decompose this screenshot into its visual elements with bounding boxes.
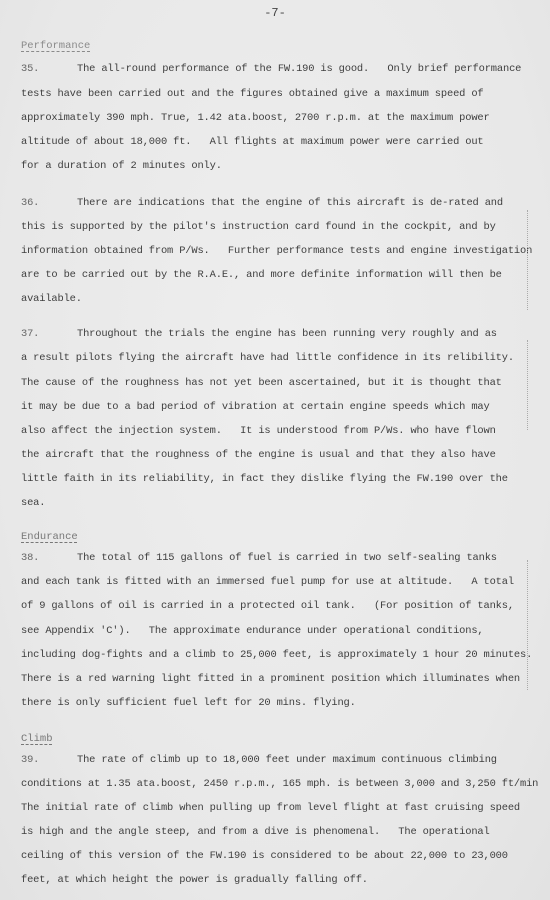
text-line: The all-round performance of the FW.190 … — [77, 63, 521, 75]
paragraph-38-line-7: there is only sufficient fuel left for 2… — [21, 697, 356, 709]
paragraph-38-line-2: and each tank is fitted with an immersed… — [21, 576, 514, 588]
paragraph-38-line-1: 38.The total of 115 gallons of fuel is c… — [21, 552, 497, 564]
paragraph-37-line-3: The cause of the roughness has not yet b… — [21, 377, 502, 389]
margin-mark — [527, 560, 530, 690]
paragraph-number: 35. — [21, 63, 77, 75]
page-number: -7- — [0, 6, 550, 20]
margin-mark — [527, 210, 530, 310]
paragraph-35-line-3: approximately 390 mph. True, 1.42 ata.bo… — [21, 112, 490, 124]
paragraph-number: 37. — [21, 328, 77, 340]
paragraph-36-line-1: 36.There are indications that the engine… — [21, 197, 503, 209]
margin-mark — [527, 340, 530, 430]
paragraph-number: 39. — [21, 754, 77, 766]
paragraph-37-line-7: little faith in its reliability, in fact… — [21, 473, 508, 485]
paragraph-35-line-5: for a duration of 2 minutes only. — [21, 160, 222, 172]
text-line: There are indications that the engine of… — [77, 197, 503, 209]
paragraph-number: 38. — [21, 552, 77, 564]
paragraph-37-line-6: the aircraft that the roughness of the e… — [21, 449, 496, 461]
paragraph-39-line-4: is high and the angle steep, and from a … — [21, 826, 490, 838]
paragraph-36-line-5: available. — [21, 293, 82, 305]
text-line: The rate of climb up to 18,000 feet unde… — [77, 754, 497, 766]
paragraph-38-line-3: of 9 gallons of oil is carried in a prot… — [21, 600, 514, 612]
paragraph-38-line-5: including dog-fights and a climb to 25,0… — [21, 649, 532, 661]
text-line: The total of 115 gallons of fuel is carr… — [77, 552, 497, 564]
paragraph-37-line-4: it may be due to a bad period of vibrati… — [21, 401, 490, 413]
section-heading-endurance: Endurance — [21, 531, 78, 543]
paragraph-number: 36. — [21, 197, 77, 209]
paragraph-39-line-3: The initial rate of climb when pulling u… — [21, 802, 520, 814]
section-heading-climb: Climb — [21, 733, 53, 745]
paragraph-36-line-2: this is supported by the pilot's instruc… — [21, 221, 496, 233]
paragraph-37-line-8: sea. — [21, 497, 45, 509]
paragraph-35-line-4: altitude of about 18,000 ft. All flights… — [21, 136, 484, 148]
document-page: -7- Performance 35.The all-round perform… — [0, 0, 550, 900]
paragraph-36-line-4: are to be carried out by the R.A.E., and… — [21, 269, 502, 281]
paragraph-38-line-6: There is a red warning light fitted in a… — [21, 673, 520, 685]
text-line: Throughout the trials the engine has bee… — [77, 328, 497, 340]
paragraph-39-line-5: ceiling of this version of the FW.190 is… — [21, 850, 508, 862]
paragraph-35-line-2: tests have been carried out and the figu… — [21, 88, 484, 100]
paragraph-37-line-5: also affect the injection system. It is … — [21, 425, 496, 437]
paragraph-39-line-2: conditions at 1.35 ata.boost, 2450 r.p.m… — [21, 778, 538, 790]
paragraph-37-line-1: 37.Throughout the trials the engine has … — [21, 328, 497, 340]
paragraph-36-line-3: information obtained from P/Ws. Further … — [21, 245, 532, 257]
paragraph-35-line-1: 35.The all-round performance of the FW.1… — [21, 63, 521, 75]
paragraph-37-line-2: a result pilots flying the aircraft have… — [21, 352, 514, 364]
section-heading-performance: Performance — [21, 40, 90, 52]
paragraph-39-line-6: feet, at which height the power is gradu… — [21, 874, 368, 886]
paragraph-38-line-4: see Appendix 'C'). The approximate endur… — [21, 625, 484, 637]
paragraph-39-line-1: 39.The rate of climb up to 18,000 feet u… — [21, 754, 497, 766]
